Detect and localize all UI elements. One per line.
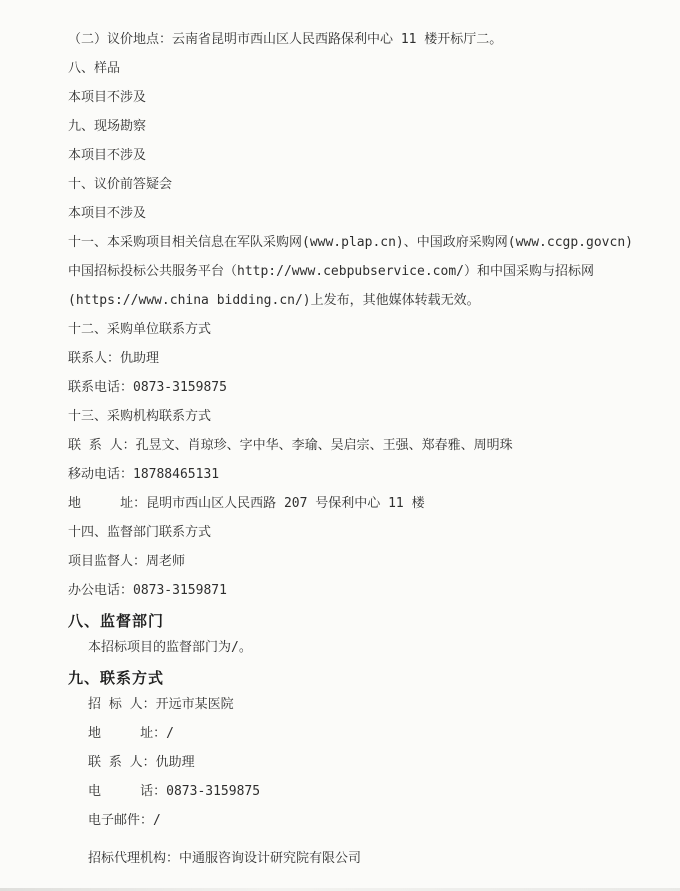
line-office-phone: 办公电话：0873-3159871 xyxy=(68,583,640,599)
line-mobile-phone: 移动电话：18788465131 xyxy=(68,467,640,483)
heading-section-13-agency-contact: 十三、采购机构联系方式 xyxy=(68,409,640,425)
heading-section-14-supervision-contact: 十四、监督部门联系方式 xyxy=(68,525,640,541)
line-publish-info-3: (https://www.china bidding.cn/)上发布，其他媒体转… xyxy=(68,293,640,309)
line-contact-person: 联系人：仇助理 xyxy=(68,351,640,367)
heading-section-10-pre-negotiation-qa: 十、议价前答疑会 xyxy=(68,177,640,193)
line-tenderee: 招 标 人：开远市某医院 xyxy=(88,697,640,713)
scanned-document-page: （二）议价地点：云南省昆明市西山区人民西路保利中心 11 楼开标厅二。 八、样品… xyxy=(0,0,680,891)
line-supervision-dept-value: 本招标项目的监督部门为/。 xyxy=(88,640,640,656)
line-project-supervisor: 项目监督人：周老师 xyxy=(68,554,640,570)
line-tenderee-phone: 电 话：0873-3159875 xyxy=(88,784,640,800)
line-not-applicable-survey: 本项目不涉及 xyxy=(68,148,640,164)
heading-section-8-sample: 八、样品 xyxy=(68,61,640,77)
line-publish-info-1: 十一、本采购项目相关信息在军队采购网(www.plap.cn)、中国政府采购网(… xyxy=(68,235,640,251)
line-publish-info-2: 中国招标投标公共服务平台（http://www.cebpubservice.co… xyxy=(68,264,640,280)
heading-section-9-contact-info: 九、联系方式 xyxy=(68,669,640,688)
line-agency-contact-persons: 联 系 人：孔昱文、肖琼珍、字中华、李瑜、吴启宗、王强、郑春雅、周明珠 xyxy=(68,438,640,454)
line-tenderee-email: 电子邮件：/ xyxy=(88,813,640,829)
heading-section-9-site-survey: 九、现场勘察 xyxy=(68,119,640,135)
heading-section-12-purchaser-contact: 十二、采购单位联系方式 xyxy=(68,322,640,338)
line-contact-phone: 联系电话：0873-3159875 xyxy=(68,380,640,396)
heading-section-8-supervision-dept: 八、监督部门 xyxy=(68,612,640,631)
line-not-applicable-qa: 本项目不涉及 xyxy=(68,206,640,222)
line-tender-agent: 招标代理机构：中通服咨询设计研究院有限公司 xyxy=(88,851,640,867)
line-not-applicable-sample: 本项目不涉及 xyxy=(68,90,640,106)
line-agency-address: 地 址：昆明市西山区人民西路 207 号保利中心 11 楼 xyxy=(68,496,640,512)
line-negotiation-venue: （二）议价地点：云南省昆明市西山区人民西路保利中心 11 楼开标厅二。 xyxy=(68,32,640,48)
line-tenderee-address: 地 址：/ xyxy=(88,726,640,742)
line-tenderee-contact-person: 联 系 人：仇助理 xyxy=(88,755,640,771)
